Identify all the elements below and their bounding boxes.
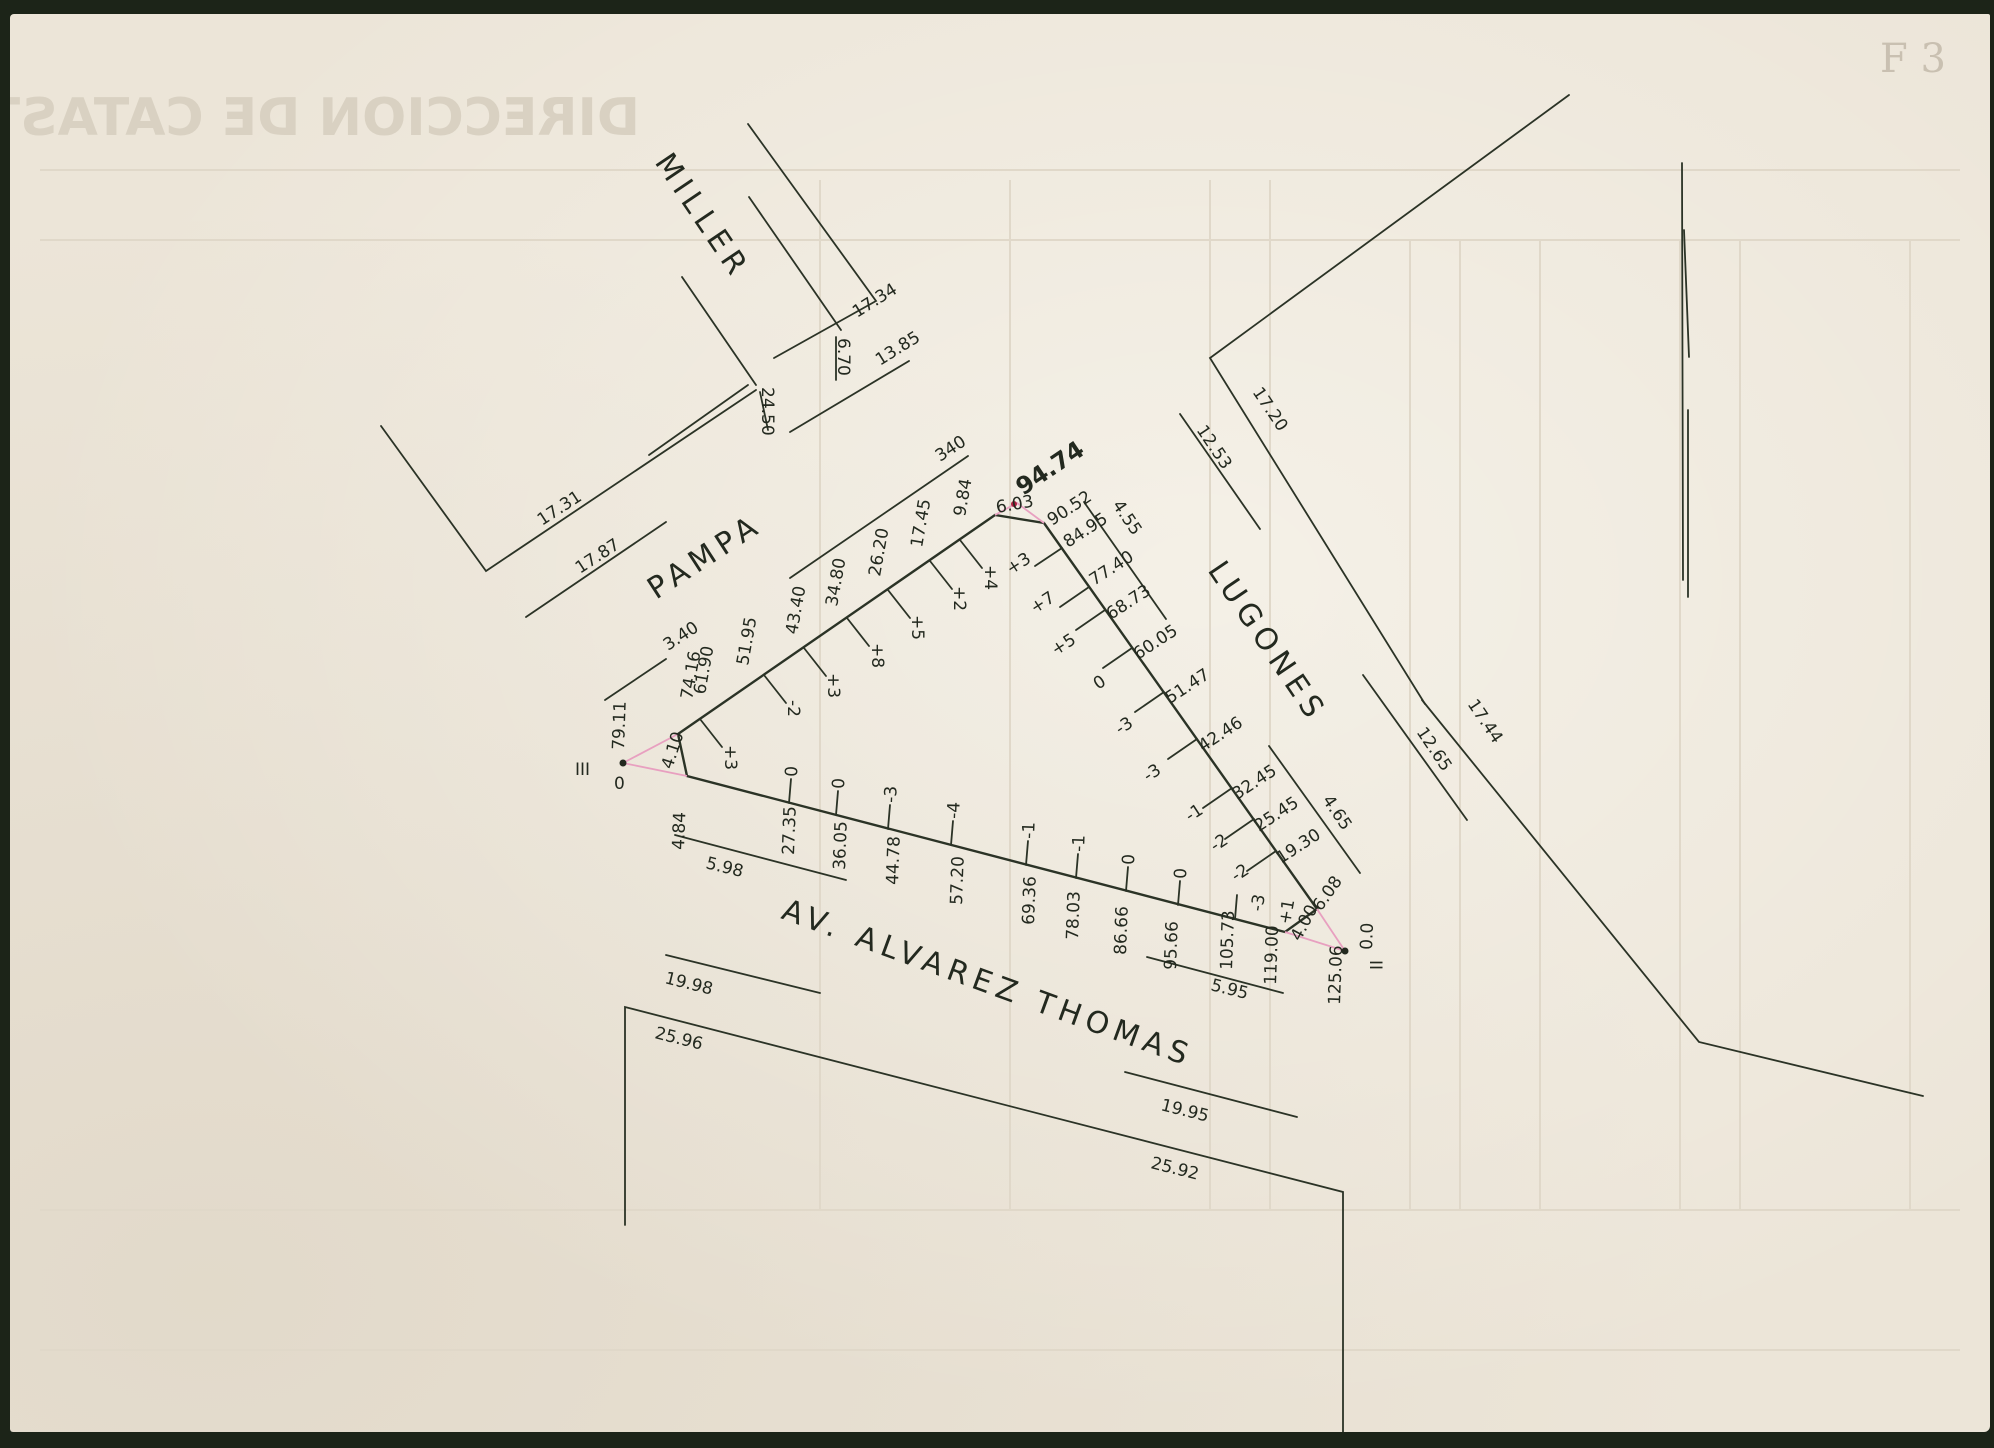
watermark-mirrored: DIRECCION DE CATASTRO [10,88,640,148]
west-survey-point [620,760,627,767]
pampa-offset-2: -2 [783,700,803,717]
dim-25-96: 25.96 [653,1023,705,1054]
alvarez-chainage-3: 36.05 [830,821,852,870]
street-label-lugones: LUGONES [1200,555,1333,729]
dim-25-92: 25.92 [1149,1153,1201,1184]
pampa-offset-7: +4 [980,565,1000,590]
lugones-neighbor-parcel-2 [1422,700,1923,1096]
pampa-frontage-end: 340 [932,432,970,466]
pampa-offset-1: +3 [720,745,740,770]
pampa-chainage-7: 17.45 [907,497,935,548]
lugones-frontage-top: 4.55 [1108,497,1146,540]
alvarez-offset-5: -1 [1019,822,1040,840]
alvarez-offset-4: -4 [944,802,965,820]
lugones-chainage-11: 6.08 [1309,872,1347,914]
alvarez-chainage-9: 95.66 [1161,921,1183,970]
east-point-label: 0.0 [1357,922,1378,950]
form-grid-ghost [40,170,1960,1350]
alvarez-chainage-12: 125.06 [1325,945,1347,1005]
alvarez-offset-2: 0 [829,778,849,790]
dim-17-44: 17.44 [1463,696,1507,748]
alvarez-frontage-left: 5.98 [704,853,746,882]
map-sheet: DIRECCION DE CATASTRO F 3 17.34 6.70 13.… [10,14,1990,1432]
pampa-chainage-3: 51.95 [733,615,761,666]
west-point-mark: III [575,760,590,780]
right-boundary-tick-1 [1684,230,1689,357]
alvarez-chainage-6: 69.36 [1019,876,1041,925]
alvarez-chainage-2: 27.35 [779,806,801,855]
west-point-label: 79.11 [609,701,631,750]
lugones-chainage-5: 60.05 [1130,621,1182,664]
pampa-chainage-5: 34.80 [822,556,850,607]
pampa-offset-6: +2 [949,586,969,611]
lugones-offset-9: -2 [1228,860,1253,886]
west-point-offset: 0 [614,774,625,794]
lugones-offset-7: -1 [1182,800,1207,826]
street-label-pampa: PAMPA [641,507,768,607]
alvarez-chainage-4: 44.78 [883,836,905,885]
east-point-mark: II [1365,960,1385,970]
lugones-offset-3: +5 [1048,630,1080,660]
lugones-chainage-6: 51.47 [1162,665,1214,708]
dim-12-65: 12.65 [1412,724,1456,776]
dim-6-70: 6.70 [833,338,853,376]
alvarez-chainage-5: 57.20 [947,856,969,905]
lugones-chainage-7: 42.46 [1195,713,1247,756]
alvarez-offset-7: 0 [1119,854,1139,866]
dim-17-34: 17.34 [849,279,901,322]
alvarez-chainage-7: 78.03 [1063,891,1085,940]
alvarez-chainage-8: 86.66 [1111,906,1133,955]
alvarez-offset-6: -1 [1069,835,1090,853]
street-label-miller: MILLER [647,147,757,286]
dim-17-87: 17.87 [572,535,624,578]
pampa-frontage-start: 3.40 [660,618,703,655]
pampa-frontage-left [605,659,666,700]
cadastral-map: DIRECCION DE CATASTRO F 3 17.34 6.70 13.… [10,14,1990,1432]
alvarez-offset-3: -3 [881,786,902,804]
lugones-offset-5: -3 [1112,713,1137,739]
street-label-alvarez-thomas: AV. ALVAREZ THOMAS [777,893,1198,1075]
pampa-chainage-8: 9.84 [950,477,976,518]
lugones-offset-1: +3 [1003,549,1035,579]
handwritten-corner-note: F 3 [1880,36,1946,82]
right-boundary-line [1682,163,1683,580]
pampa-offset-3: +3 [823,673,843,698]
pampa-chainage-6: 26.20 [865,526,893,577]
lugones-chainage-10: 19.30 [1273,825,1325,868]
lugones-offset-2: +7 [1027,588,1059,618]
lugones-offset-4: 0 [1090,672,1110,695]
lugones-chainage-3: 77.40 [1086,547,1138,590]
lugones-chainage-4: 68.73 [1103,581,1155,624]
lugones-chainage-8: 32.45 [1229,761,1281,804]
pampa-chainage-4: 43.40 [782,584,810,635]
dim-12-53: 12.53 [1192,422,1236,474]
lugones-frontage-bottom: 4.65 [1318,792,1356,835]
lugones-neighbor-line-2 [1363,675,1467,820]
alvarez-offset-9: -3 [1247,893,1270,913]
dim-13-85: 13.85 [872,327,924,370]
alvarez-chainage-11: 119.00 [1261,925,1283,985]
alvarez-chainage-10: 105.73 [1217,910,1239,970]
lugones-offset-6: -3 [1140,760,1165,786]
alvarez-offset-1: 0 [782,766,802,778]
dim-24-50: 24.50 [757,387,777,436]
alvarez-neighbor-parcel [625,1007,1343,1432]
lugones-chainage-9: 25.45 [1251,793,1303,836]
alvarez-frontage-right: 5.95 [1209,975,1251,1004]
alvarez-chainage-1: 4.84 [669,812,690,851]
dim-17-31: 17.31 [534,487,586,530]
dim-19-98: 19.98 [663,968,715,999]
pampa-offset-4: +8 [867,643,887,668]
alvarez-stations [789,779,1237,919]
alvarez-offset-8: 0 [1171,868,1191,880]
pampa-offset-5: +5 [907,615,927,640]
dim-19-95: 19.95 [1159,1095,1211,1126]
